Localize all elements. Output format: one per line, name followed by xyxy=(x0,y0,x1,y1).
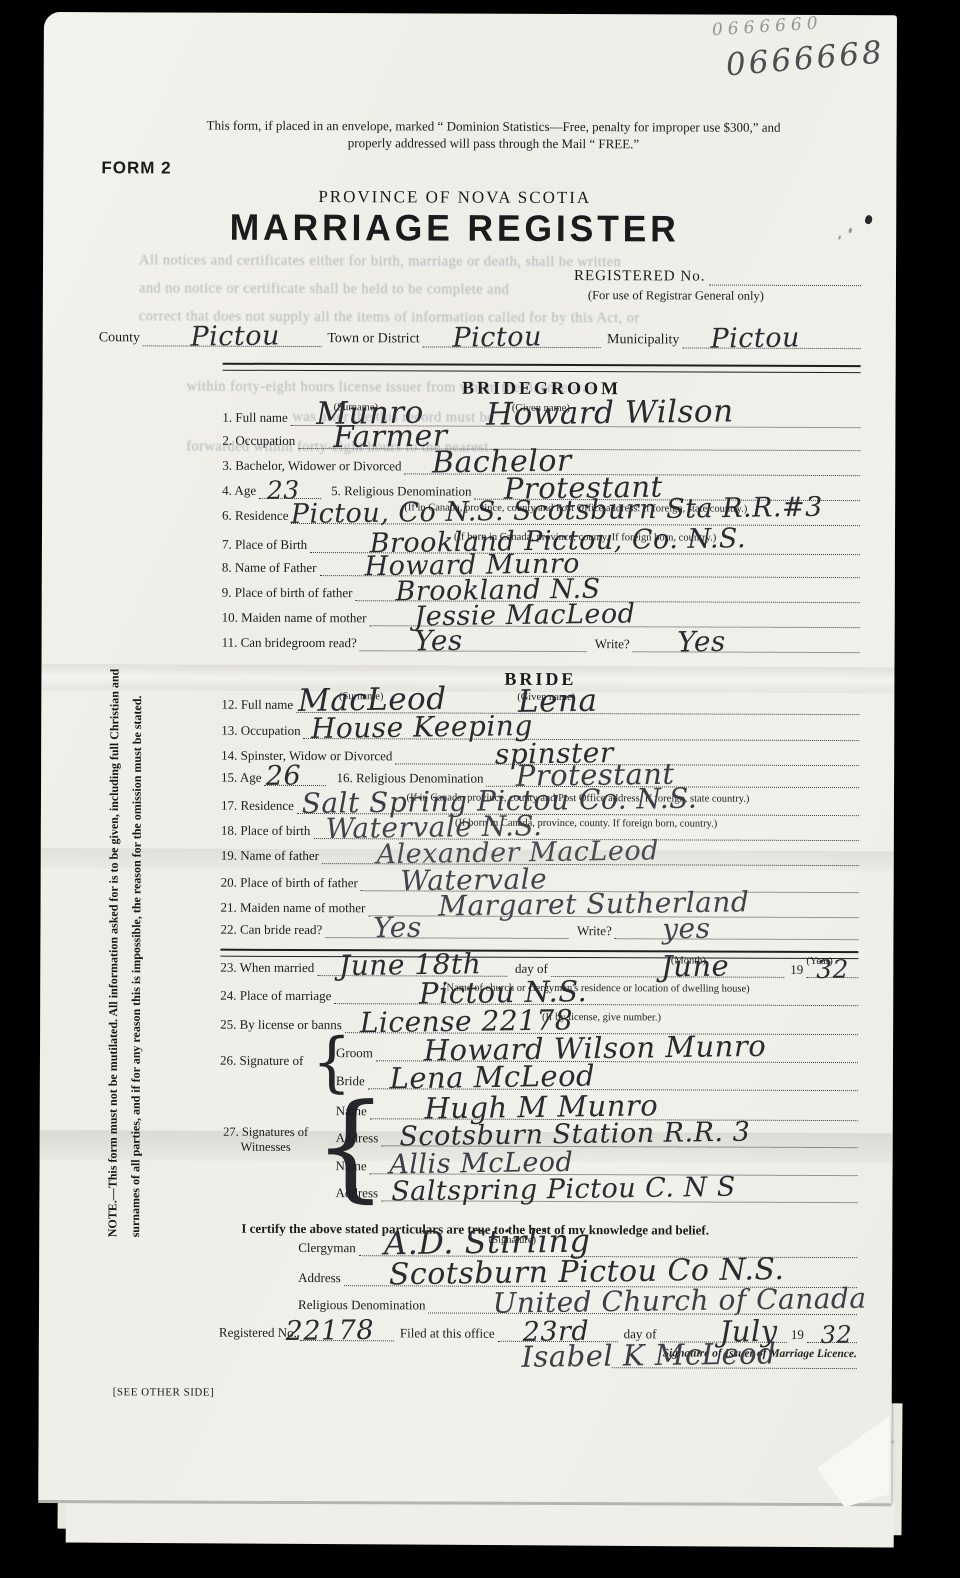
hw-bg-read: Yes xyxy=(414,624,463,658)
hw-br-write: yes xyxy=(662,912,711,946)
clergyman-denom-field: United Church of Canada xyxy=(428,1289,857,1315)
filed-year-field: 32 xyxy=(807,1319,857,1343)
hw-month: June xyxy=(660,948,729,983)
hw-bg-write: Yes xyxy=(677,625,726,659)
filed-label: Filed at this office xyxy=(400,1325,495,1341)
bleedthrough-text: All notices and certificates either for … xyxy=(139,252,621,271)
folded-corner xyxy=(817,1415,889,1507)
section-rule xyxy=(223,363,861,373)
registered-no-field-bottom: 22178 xyxy=(300,1317,394,1341)
br-occupation-label: 13. Occupation xyxy=(221,723,300,739)
bride-signature-field: Lena McLeod xyxy=(368,1065,858,1091)
clergyman-label: Clergyman xyxy=(298,1240,356,1256)
br-age-field: 26 xyxy=(264,764,326,786)
groom-signature-field: Howard Wilson Munro xyxy=(376,1037,858,1063)
br-residence-label: 17. Residence xyxy=(221,798,294,814)
municipality-label: Municipality xyxy=(607,332,679,348)
mail-notice-line2: properly addressed will pass through the… xyxy=(150,133,836,153)
hw-bg-occupation: Farmer xyxy=(333,419,448,456)
bleedthrough-text: and no notice or certificate shall be he… xyxy=(139,280,509,298)
stamp-number: 0666668 xyxy=(725,34,887,83)
margin-note: NOTE.—This form must not be mutilated. A… xyxy=(101,557,154,1237)
bg-father-birth-label: 9. Place of birth of father xyxy=(222,585,353,602)
municipality-field: Pictou xyxy=(682,321,860,349)
place-note: (Name of church or clergyman's residence… xyxy=(334,982,858,995)
margin-note-line2: surnames of all parties, and if for any … xyxy=(124,557,149,1237)
br-mother-field: Margaret Sutherland xyxy=(368,892,858,918)
county-field: Pictou xyxy=(143,319,321,347)
hw-issuer-signature: Isabel K McLeod xyxy=(521,1336,776,1373)
ink-blot xyxy=(864,214,873,225)
year-prefix: 19 xyxy=(790,962,803,978)
document-title: MARRIAGE REGISTER xyxy=(60,206,850,251)
when-day-field: June 18th xyxy=(317,952,507,977)
see-other-side-note: [SEE OTHER SIDE] xyxy=(113,1386,215,1398)
br-father-field: Alexander MacLeod xyxy=(322,840,859,866)
form-number: FORM 2 xyxy=(101,158,171,178)
bg-occupation-label: 2. Occupation xyxy=(222,433,295,449)
clergyman-address-label: Address xyxy=(298,1270,341,1286)
br-father-birth-label: 20. Place of birth of father xyxy=(221,875,358,892)
hw-witness1-address: Scotsburn Station R.R. 3 xyxy=(399,1117,750,1153)
hw-registered-no: 22178 xyxy=(285,1315,374,1347)
signature-of-label: 26. Signature of xyxy=(220,1053,303,1069)
witness1-name-field: Hugh M Munro xyxy=(370,1095,858,1121)
hw-br-age: 26 xyxy=(266,760,302,791)
registered-no-field xyxy=(708,260,861,287)
bg-write-label: Write? xyxy=(595,636,630,652)
bg-read-label: 11. Can bridegroom read? xyxy=(222,635,357,652)
hw-clergyman-denomination: United Church of Canada xyxy=(493,1282,867,1320)
when-married-label: 23. When married xyxy=(220,960,314,976)
registrar-note: (For use of Registrar General only) xyxy=(588,288,764,304)
bg-status-label: 3. Bachelor, Widower or Divorced xyxy=(222,458,401,475)
br-fullname-label: 12. Full name xyxy=(221,697,293,713)
witness2-name-label: Name xyxy=(336,1158,367,1174)
filed-year-prefix: 19 xyxy=(791,1327,804,1343)
bg-age-field: 23 xyxy=(259,475,321,499)
margin-note-line1: NOTE.—This form must not be mutilated. A… xyxy=(101,557,126,1237)
witness1-address-label: Address xyxy=(336,1130,379,1146)
br-birthplace-label: 18. Place of birth xyxy=(221,823,311,839)
br-write-field: yes xyxy=(615,916,859,940)
groom-label: Groom xyxy=(336,1045,373,1061)
witness1-name-label: Name xyxy=(336,1103,367,1119)
bg-age-label: 4. Age xyxy=(222,483,256,499)
witness2-name-field: Allis McLeod xyxy=(370,1150,858,1176)
br-age-label: 15. Age xyxy=(221,770,262,786)
hw-bg-given: Howard Wilson xyxy=(486,393,734,432)
br-father-label: 19. Name of father xyxy=(221,848,319,864)
bg-residence-label: 6. Residence xyxy=(222,508,288,524)
mail-notice-line1: This form, if placed in an envelope, mar… xyxy=(151,116,837,136)
county-label: County xyxy=(99,330,140,346)
br-mother-label: 21. Maiden name of mother xyxy=(221,900,366,917)
scanned-document-page: All notices and certificates either for … xyxy=(0,0,960,1578)
hw-witness2-address: Saltspring Pictou C. N S xyxy=(391,1172,736,1208)
hw-county: Pictou xyxy=(191,320,281,352)
year-field: 32 (Year) xyxy=(806,954,858,978)
hw-year: 32 xyxy=(816,955,849,984)
form-body: BRIDEGROOM 1. Full name Munro Howard Wil… xyxy=(219,363,861,1395)
br-write-label: Write? xyxy=(577,923,612,939)
bg-mother-label: 10. Maiden name of mother xyxy=(222,610,367,627)
hw-br-read: Yes xyxy=(373,911,422,945)
witness2-address-field: Saltspring Pictou C. N S xyxy=(381,1177,857,1203)
place-of-marriage-label: 24. Place of marriage xyxy=(220,988,331,1004)
bg-fullname-label: 1. Full name xyxy=(222,410,287,426)
registered-no-label: REGISTERED No. xyxy=(574,268,706,286)
bg-father-label: 8. Name of Father xyxy=(222,560,317,576)
witness2-address-label: Address xyxy=(335,1185,378,1201)
witness1-address-field: Scotsburn Station R.R. 3 xyxy=(381,1122,857,1148)
bg-residence-field: Pictou, Co N.S. Scotsburn Sta R.R.#3 (If… xyxy=(291,500,860,526)
clergyman-denom-label: Religious Denomination xyxy=(298,1297,426,1313)
br-read-label: 22. Can bride read? xyxy=(220,922,322,938)
place-of-marriage-field: Pictou N.S. (Name of church or clergyman… xyxy=(334,980,858,1006)
hw-filed-year: 32 xyxy=(820,1321,852,1349)
bg-birthplace-label: 7. Place of Birth xyxy=(222,537,307,553)
bg-write-field: Yes xyxy=(633,628,860,653)
town-label: Town or District xyxy=(327,331,419,347)
pencil-scribble-number: 0666660 xyxy=(711,13,823,40)
hw-municipality: Pictou xyxy=(710,322,800,354)
town-field: Pictou xyxy=(423,320,601,348)
br-status-label: 14. Spinster, Widow or Divorced xyxy=(221,748,392,765)
marriage-register-form: All notices and certificates either for … xyxy=(38,12,897,1503)
hw-town: Pictou xyxy=(452,321,542,353)
